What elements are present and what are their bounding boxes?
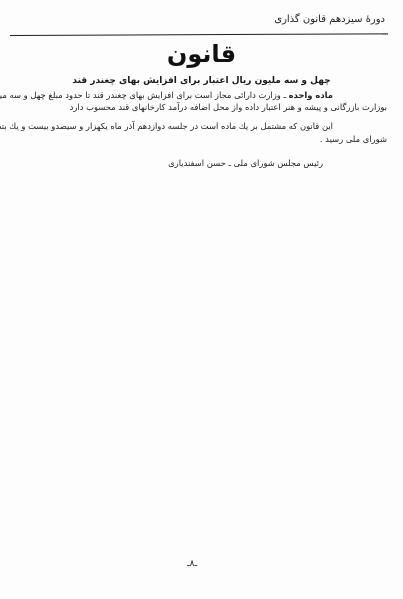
signature-line: رئیس مجلس شورای ملی ـ حسن اسفندیاری [168, 157, 323, 170]
running-header-title: دورهٔ سیزدهم قانون گذاری [274, 14, 385, 25]
law-subtitle: چهل و سه ملیون ریال اعتبار برای افزایش ب… [0, 76, 403, 86]
header-divider [10, 33, 388, 36]
article-line-4: شورای ملی رسید . [320, 133, 387, 146]
article-line-3: این قانون که مشتمل بر یك ماده است در جلس… [0, 120, 333, 133]
article-label: ماده واحده [289, 90, 333, 100]
article-text-1: وزارت دارائی مجاز است برای افزایش بهای چ… [0, 90, 281, 100]
law-heading: قانون [0, 40, 403, 68]
article-dash: ـ [281, 90, 289, 100]
article-line-2: بوزارت بازرگانی و پیشه و هنر اعتبار داده… [70, 101, 387, 114]
document-page: دورهٔ سیزدهم قانون گذاری قانون چهل و سه … [0, 0, 403, 599]
page-number: ـ۸ـ [187, 559, 197, 569]
